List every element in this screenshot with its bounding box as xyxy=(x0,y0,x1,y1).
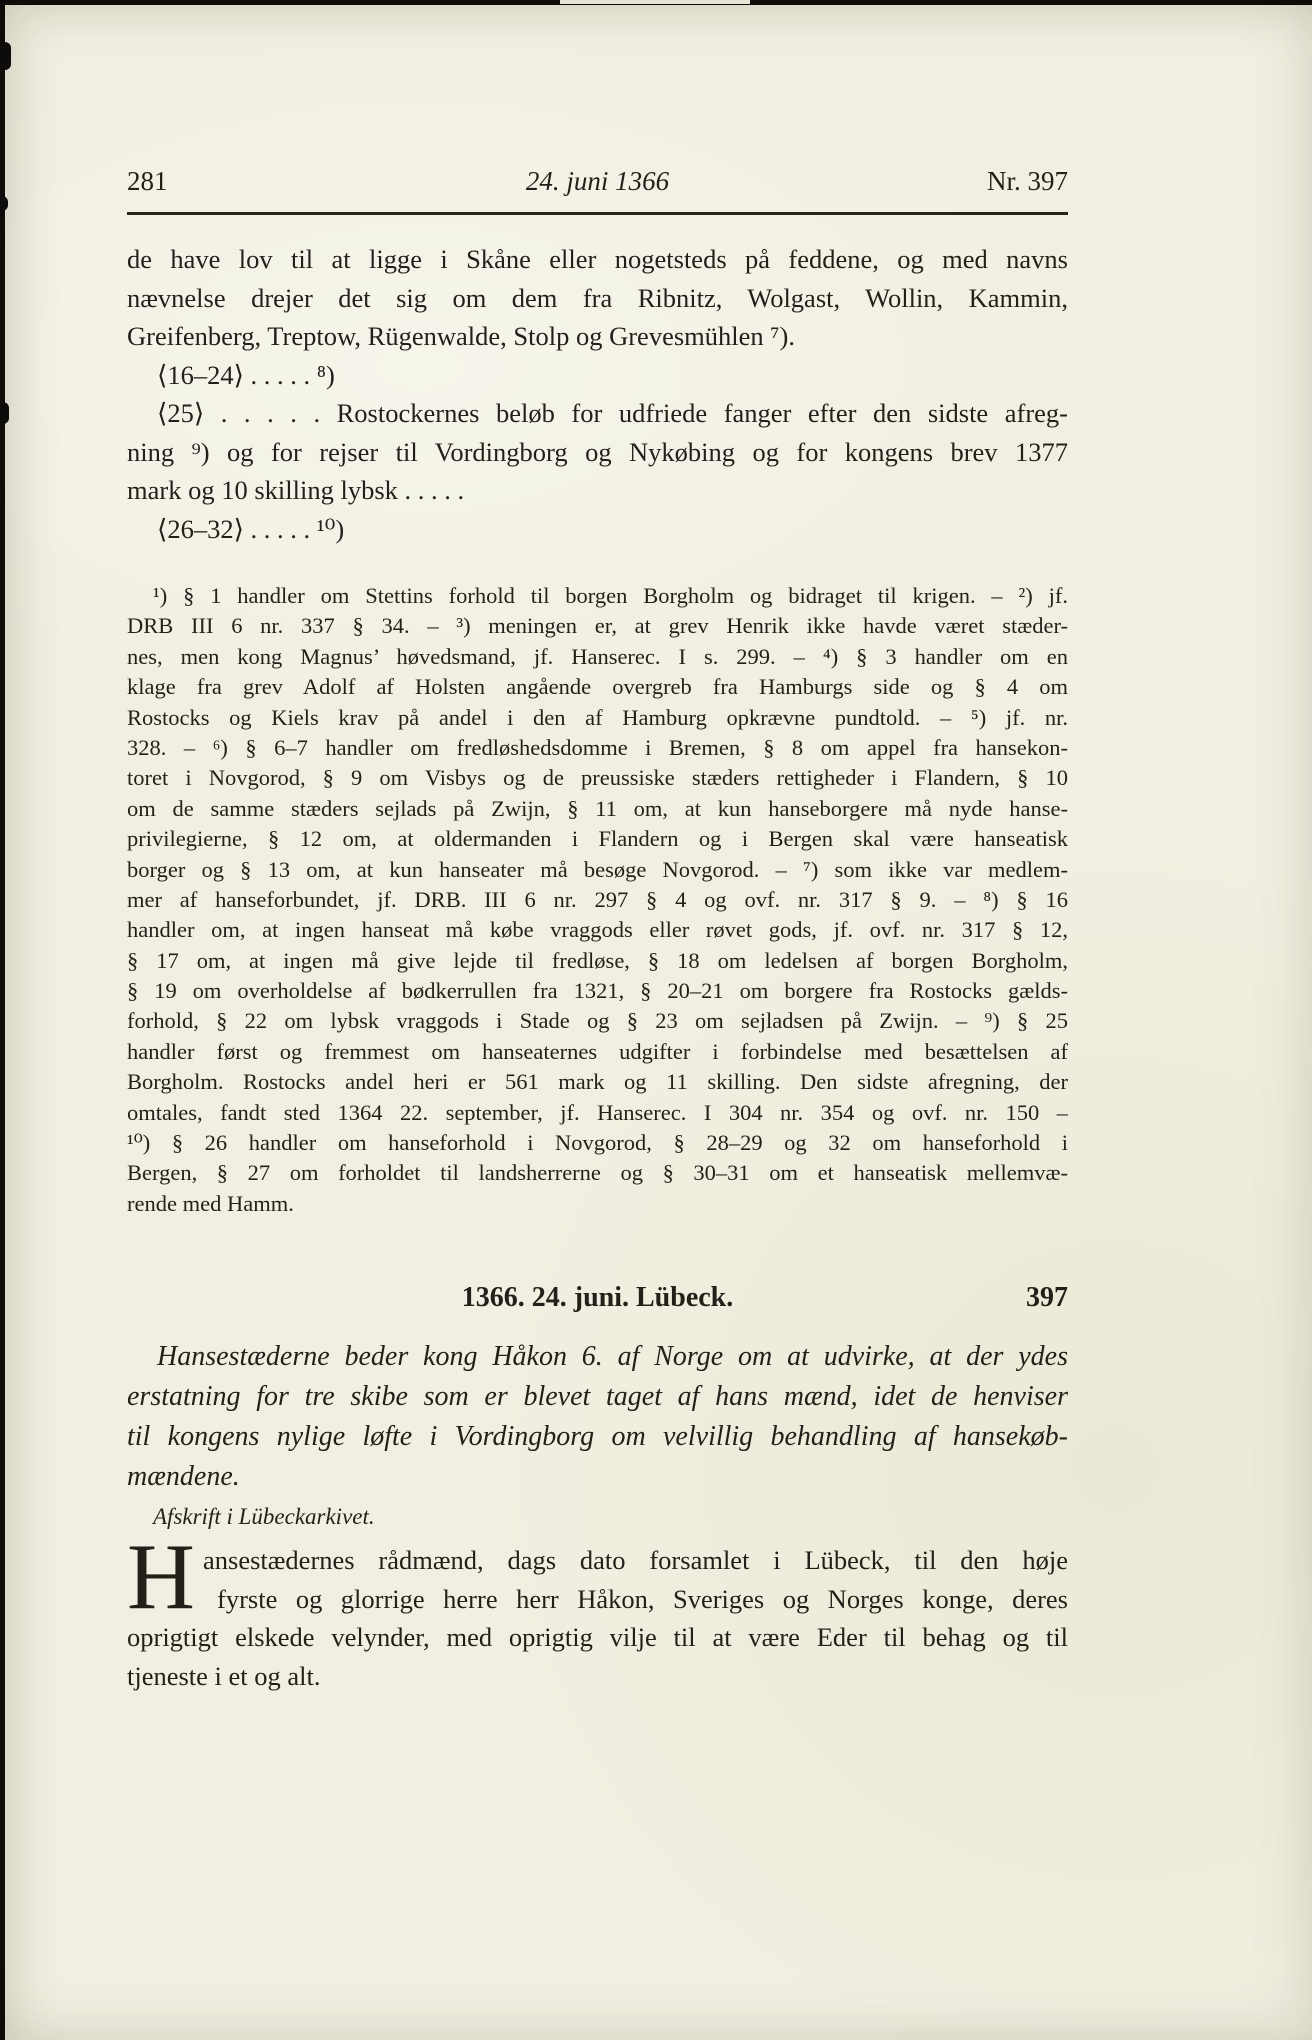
scan-mark xyxy=(0,42,11,70)
footnote-line: om de samme stæders sejlads på Zwijn, § … xyxy=(127,794,1068,824)
footnote-line: borger og § 13 om, at kun hanseater må b… xyxy=(127,855,1068,885)
entry-397-number: 397 xyxy=(1026,1279,1068,1316)
text-block: 281 24. juni 1366 Nr. 397 de have lov ti… xyxy=(127,0,1068,1695)
summary-line: til kongens nylige løfte i Vordingborg o… xyxy=(127,1417,1068,1457)
text-line: oprigtigt elskede velynder, med oprigtig… xyxy=(127,1618,1068,1657)
entry-397-body-rest: oprigtigt elskede velynder, med oprigtig… xyxy=(127,1618,1068,1695)
footnote-line: 328. – ⁶) § 6–7 handler om fredløshedsdo… xyxy=(127,733,1068,763)
scan-edge-left xyxy=(0,0,5,2040)
text-line: Greifenberg, Treptow, Rügenwalde, Stolp … xyxy=(127,317,1068,356)
footnote-line: ¹) § 1 handler om Stettins forhold til b… xyxy=(127,581,1068,611)
text-line: ⟨26–32⟩ . . . . . ¹⁰) xyxy=(127,510,1068,549)
entry-397-source-note: Afskrift i Lübeckarkivet. xyxy=(127,1502,1068,1532)
footnote-line: handler først og fremmest om hanseaterne… xyxy=(127,1037,1068,1067)
page-number: 281 xyxy=(127,163,168,200)
scanned-book-page: 281 24. juni 1366 Nr. 397 de have lov ti… xyxy=(0,0,1312,2040)
footnote-line: § 19 om overholdelse af bødkerrullen fra… xyxy=(127,976,1068,1006)
text-line: nævnelse drejer det sig om dem fra Ribni… xyxy=(127,279,1068,318)
text-line: fyrste og glorrige herre herr Håkon, Sve… xyxy=(203,1580,1068,1619)
summary-line: Hansestæderne beder kong Håkon 6. af Nor… xyxy=(127,1337,1068,1377)
entry-397-date-place: 1366. 24. juni. Lübeck. xyxy=(462,1279,734,1316)
footnote-line: Borgholm. Rostocks andel heri er 561 mar… xyxy=(127,1067,1068,1097)
footnote-line: toret i Novgorod, § 9 om Visbys og de pr… xyxy=(127,763,1068,793)
footnotes-block: ¹) § 1 handler om Stettins forhold til b… xyxy=(127,581,1068,1219)
footnote-line: Bergen, § 27 om forholdet til landsherre… xyxy=(127,1158,1068,1188)
text-line: tjeneste i et og alt. xyxy=(127,1657,1068,1696)
text-line: ⟨16–24⟩ . . . . . ⁸) xyxy=(127,356,1068,395)
footnote-line: handler om, at ingen hanseat må købe vra… xyxy=(127,915,1068,945)
entry-397-body-beside-cap: ansestædernes rådmænd, dags dato forsaml… xyxy=(203,1541,1068,1618)
footnote-line: ¹⁰) § 26 handler om hanseforhold i Novgo… xyxy=(127,1128,1068,1158)
drop-cap-initial: H xyxy=(127,1536,199,1618)
summary-line: erstatning for tre skibe som er blevet t… xyxy=(127,1377,1068,1417)
footnote-line: omtales, fandt sted 1364 22. september, … xyxy=(127,1098,1068,1128)
running-head-date: 24. juni 1366 xyxy=(526,163,669,200)
footnote-line: DRB III 6 nr. 337 § 34. – ³) meningen er… xyxy=(127,611,1068,641)
text-line: ning ⁹) og for rejser til Vordingborg og… xyxy=(127,433,1068,472)
text-line: ⟨25⟩ . . . . . Rostockernes beløb for ud… xyxy=(127,394,1068,433)
entry-397-summary: Hansestæderne beder kong Håkon 6. af Nor… xyxy=(127,1337,1068,1497)
text-line: de have lov til at ligge i Skåne eller n… xyxy=(127,240,1068,279)
footnote-line: forhold, § 22 om lybsk vraggods i Stade … xyxy=(127,1006,1068,1036)
footnote-line: nes, men kong Magnus’ høvedsmand, jf. Ha… xyxy=(127,642,1068,672)
page-header: 281 24. juni 1366 Nr. 397 xyxy=(127,163,1068,215)
entry-397-body-start: H ansestædernes rådmænd, dags dato forsa… xyxy=(127,1541,1068,1618)
running-head-entry-number: Nr. 397 xyxy=(987,163,1068,200)
scan-mark xyxy=(0,196,8,211)
summary-line: mændene. xyxy=(127,1457,1068,1497)
text-line: mark og 10 skilling lybsk . . . . . xyxy=(127,471,1068,510)
entry-396-body: de have lov til at ligge i Skåne eller n… xyxy=(127,240,1068,548)
footnote-line: mer af hanseforbundet, jf. DRB. III 6 nr… xyxy=(127,885,1068,915)
scan-mark xyxy=(0,402,9,424)
footnote-line: rende med Hamm. xyxy=(127,1189,1068,1219)
footnote-line: klage fra grev Adolf af Holsten angående… xyxy=(127,672,1068,702)
entry-397-heading: 1366. 24. juni. Lübeck. 397 xyxy=(127,1279,1068,1316)
footnote-line: privilegierne, § 12 om, at oldermanden i… xyxy=(127,824,1068,854)
footnote-line: § 17 om, at ingen må give lejde til fred… xyxy=(127,946,1068,976)
text-line: ansestædernes rådmænd, dags dato forsaml… xyxy=(203,1541,1068,1580)
footnote-line: Rostocks og Kiels krav på andel i den af… xyxy=(127,703,1068,733)
